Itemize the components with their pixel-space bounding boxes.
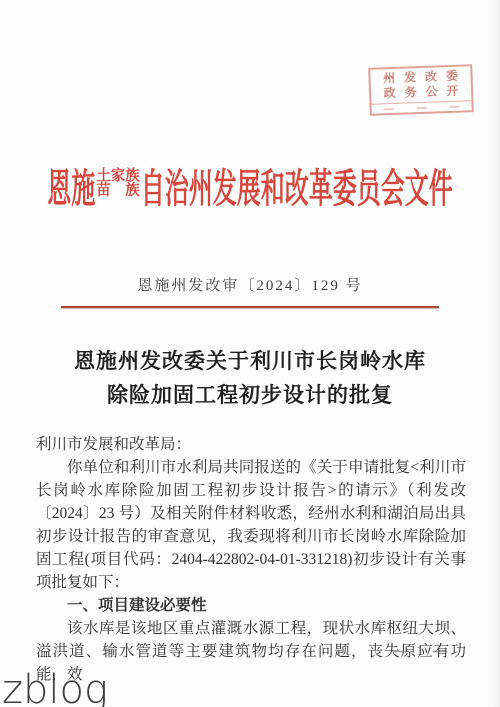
ethnic-bottom: 苗 族 <box>96 183 139 198</box>
masthead-prefix: 恩施 <box>47 166 95 212</box>
stamp-line-2: 政务公开 <box>371 83 471 101</box>
section-heading-1: 一、项目建设必要性 <box>36 594 466 617</box>
salutation: 利川市发展和改革局： <box>36 433 466 456</box>
document-title: 恩施州发改委关于利川市长岗岭水库 除险加固工程初步设计的批复 <box>0 344 500 412</box>
stamp-date-row <box>371 100 471 113</box>
document-title-line-2: 除险加固工程初步设计的批复 <box>0 378 500 412</box>
stamp-date-mark <box>383 107 393 109</box>
document-title-line-1: 恩施州发改委关于利川市长岗岭水库 <box>0 344 500 378</box>
ethnic-name-stack: 土家族 苗 族 <box>96 168 139 198</box>
page-number: — 1 — <box>393 644 450 660</box>
agency-masthead: 恩施 土家族 苗 族 自治州发展和改革委员会文件 <box>0 166 500 216</box>
agency-masthead-text: 恩施 土家族 苗 族 自治州发展和改革委员会文件 <box>47 166 453 216</box>
body-paragraph-1: 你单位和利川市水利局共同报送的《关于申请批复<利川市长岗岭水库除险加固工程初步设… <box>36 456 466 594</box>
masthead-suffix: 自治州发展和改革委员会文件 <box>141 166 453 212</box>
ethnic-top: 土家族 <box>96 168 139 183</box>
document-number: 恩施州发改审〔2024〕129 号 <box>0 276 500 296</box>
scanned-document-page: 州发改委 政务公开 恩施 土家族 苗 族 自治州发展和改革委员会文件 恩施州发改… <box>0 0 500 707</box>
stamp-date-mark <box>450 105 460 107</box>
red-divider-line <box>61 306 439 308</box>
official-stamp: 州发改委 政务公开 <box>368 64 474 116</box>
stamp-date-mark <box>417 106 427 108</box>
watermark-zblog: zblog <box>2 668 108 707</box>
